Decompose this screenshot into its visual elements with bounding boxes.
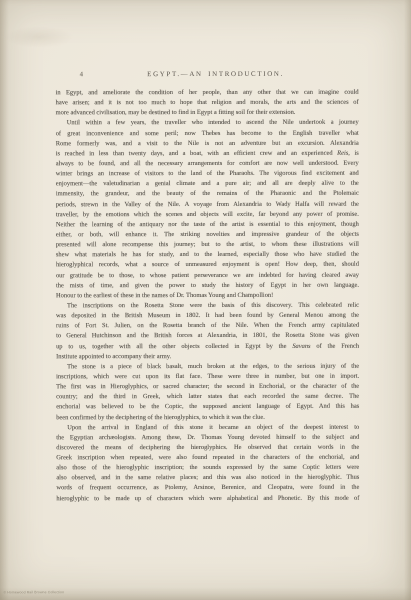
text-line: inscriptions, which were cut upon its fl…	[56, 372, 359, 383]
text-line: hieroglyphical records, what a source of…	[56, 260, 359, 271]
text-line: Greek inscription when repeated, were al…	[56, 453, 359, 464]
text-line: to General Hutchinson and the British fo…	[56, 331, 359, 342]
text-line: shew what materials he has for study, an…	[56, 250, 359, 261]
text-line: also observed, and in the same relative …	[56, 473, 359, 484]
text-line: enjoyment—the valetudinarian a genial cl…	[56, 179, 359, 190]
text-line: country; and the third in Greek, which l…	[56, 392, 359, 403]
text-line: periods, strewn in the Valley of the Nil…	[56, 199, 359, 210]
text-line: The first was in Hieroglyphics, or sacre…	[56, 382, 359, 393]
text-line: Rome formerly was, and a visit to the Ni…	[56, 138, 359, 149]
text-line: immensity, the grandeur, and the beauty …	[56, 189, 359, 200]
running-header: EGYPT.—AN INTRODUCTION.	[56, 71, 376, 79]
text-line: discovered the means of deciphering the …	[56, 443, 359, 454]
text-line: words of frequent occurrence, as Ptolemy…	[56, 483, 359, 494]
text-line: enchorial was believed to be the Coptic,…	[56, 402, 359, 413]
text-line: the Egyptian archæologists. Among these,…	[56, 433, 359, 444]
text-line: Upon the arrival in England of this ston…	[56, 422, 359, 433]
text-line: either, or both, will enhance it. The st…	[56, 230, 359, 241]
text-line: up to us, together with all the other ob…	[56, 341, 359, 352]
text-line: is reached in less than twenty days, and…	[56, 149, 359, 160]
text-line: also those of the hieroglyphic inscripti…	[56, 463, 359, 474]
text-line: Institute appointed to accompany their a…	[56, 351, 359, 362]
text-line: ruins of Fort St. Julien, on the Rosetta…	[56, 321, 359, 332]
text-line: hieroglyphic to be made up of characters…	[56, 493, 359, 504]
text-line: always to be found, and all the necessar…	[56, 159, 359, 170]
text-line: Neither the learning of the antiquary no…	[56, 220, 359, 231]
text-line: traveller, by the emotions which the sce…	[56, 209, 359, 220]
text-line: Until within a few years, the traveller …	[56, 118, 359, 129]
page-content: 4 EGYPT.—AN INTRODUCTION. in Egypt, and …	[0, 0, 411, 600]
body-text: in Egypt, and ameliorate the condition o…	[56, 88, 360, 504]
text-line: was deposited in the British Museum in 1…	[56, 311, 359, 322]
text-line: The stone is a piece of black basalt, mu…	[56, 362, 359, 373]
text-line: presented will alone recompense this jou…	[56, 240, 359, 251]
scanned-page: 4 EGYPT.—AN INTRODUCTION. in Egypt, and …	[0, 0, 411, 600]
text-line: have arisen; and it is not too much to h…	[56, 98, 359, 109]
text-line: of great inconvenience and some peril; n…	[56, 128, 359, 139]
text-line: winter brings an increase of visitors to…	[56, 169, 359, 180]
text-line: in Egypt, and ameliorate the condition o…	[56, 88, 359, 99]
text-line: Honour to the earliest of these in the n…	[56, 291, 359, 302]
text-line: been confirmed by the deciphering of the…	[56, 412, 359, 423]
text-line: The inscriptions on the Rosetta Stone we…	[56, 301, 359, 312]
text-line: our gratitude be to those, to whose pati…	[56, 270, 359, 281]
text-line: more advanced civilisation, may be desti…	[56, 108, 359, 119]
watermark-credit: © Homewood Rail Browne Collection	[4, 590, 65, 594]
text-line: the mists of time, and given the power t…	[56, 280, 359, 291]
